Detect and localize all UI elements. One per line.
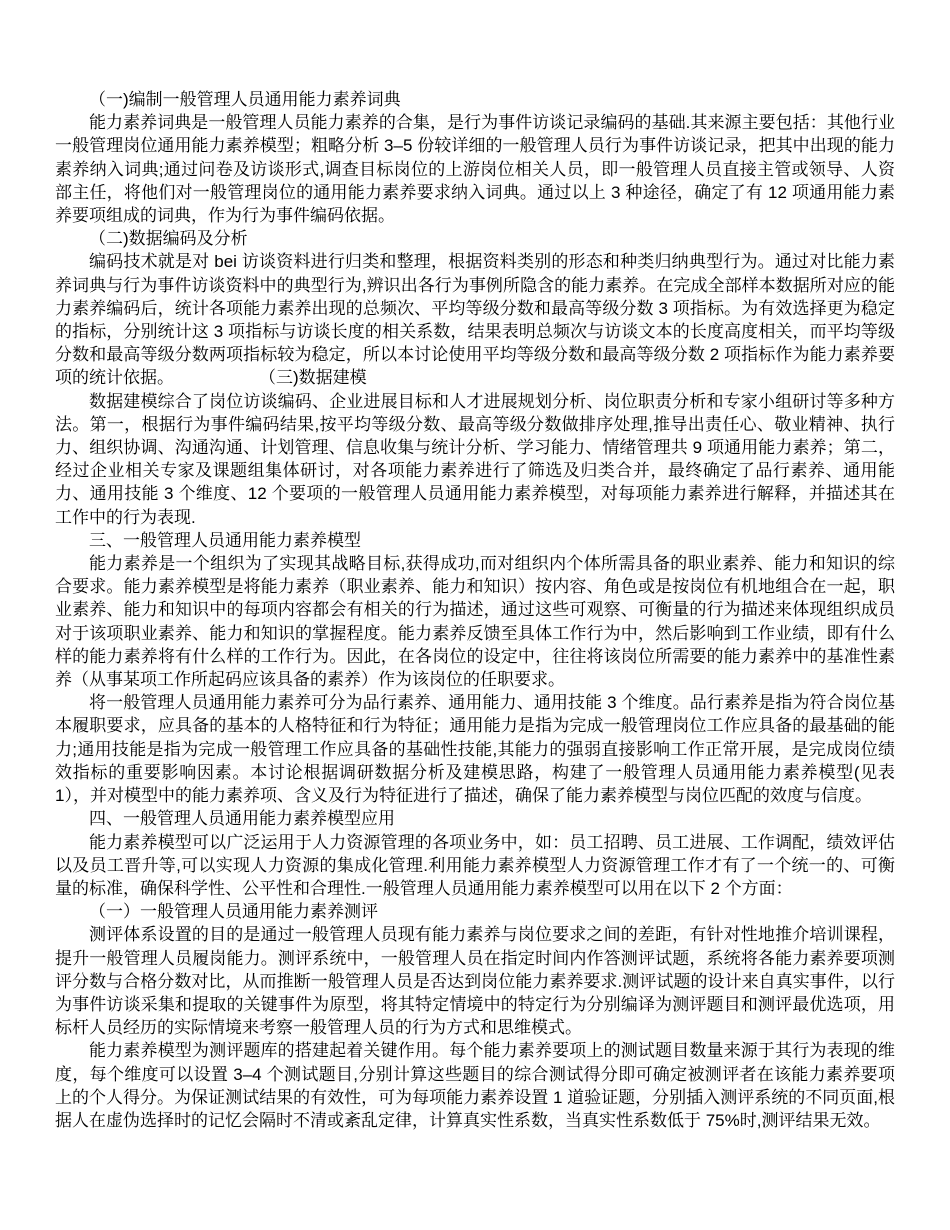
- body-paragraph: 测评体系设置的目的是通过一般管理人员现有能力素养与岗位要求之间的差距，有针对性地…: [55, 923, 895, 1039]
- section-heading: 四、一般管理人员通用能力素养模型应用: [55, 807, 895, 830]
- body-paragraph: 将一般管理人员通用能力素养可分为品行素养、通用能力、通用技能 3 个维度。品行素…: [55, 691, 895, 807]
- section-heading: （一）一般管理人员通用能力素养测评: [55, 900, 895, 923]
- body-paragraph: 编码技术就是对 bei 访谈资料进行归类和整理，根据资料类别的形态和种类归纳典型…: [55, 250, 895, 389]
- body-paragraph: 数据建模综合了岗位访谈编码、企业进展目标和人才进展规划分析、岗位职责分析和专家小…: [55, 390, 895, 529]
- body-paragraph: 能力素养是一个组织为了实现其战略目标,获得成功,而对组织内个体所需具备的职业素养…: [55, 552, 895, 691]
- document-body: （一)编制一般管理人员通用能力素养词典能力素养词典是一般管理人员能力素养的合集，…: [55, 88, 895, 1132]
- document-page: （一)编制一般管理人员通用能力素养词典能力素养词典是一般管理人员能力素养的合集，…: [0, 0, 950, 1230]
- body-paragraph: 能力素养模型可以广泛运用于人力资源管理的各项业务中，如：员工招聘、员工进展、工作…: [55, 831, 895, 901]
- body-paragraph: 能力素养词典是一般管理人员能力素养的合集，是行为事件访谈记录编码的基础.其来源主…: [55, 111, 895, 227]
- section-heading: （二)数据编码及分析: [55, 227, 895, 250]
- body-paragraph: 能力素养模型为测评题库的搭建起着关键作用。每个能力素养要项上的测试题目数量来源于…: [55, 1039, 895, 1132]
- section-heading: （一)编制一般管理人员通用能力素养词典: [55, 88, 895, 111]
- section-heading: 三、一般管理人员通用能力素养模型: [55, 529, 895, 552]
